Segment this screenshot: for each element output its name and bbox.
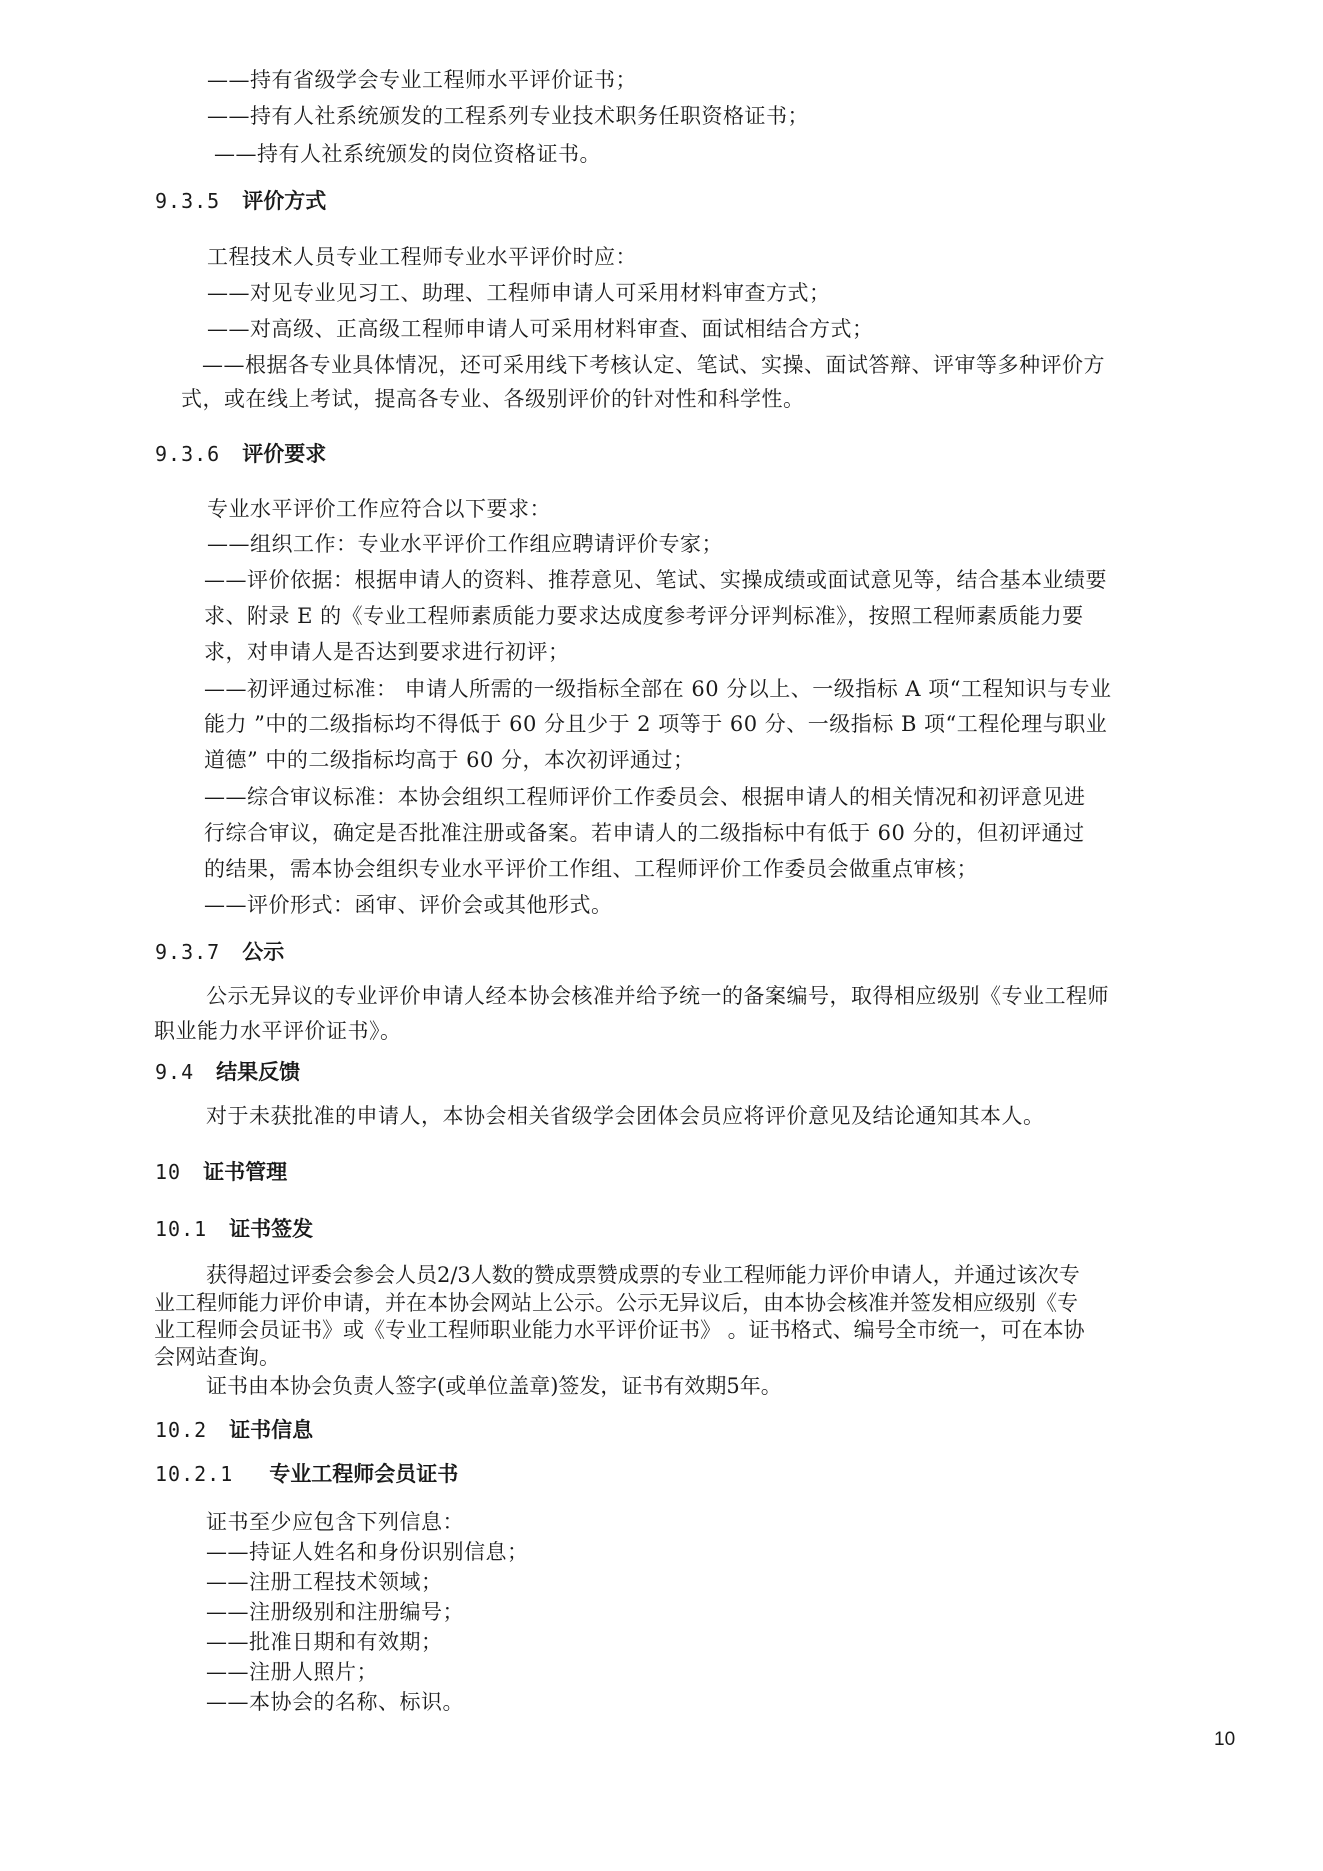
list-item-continued: 式，或在线上考试，提高各专业、各级别评价的针对性和科学性。 <box>181 387 805 411</box>
list-item: ——综合审议标准：本协会组织工程师评价工作委员会、根据申请人的相关情况和初评意见… <box>204 785 1086 809</box>
section-heading-10: 10证书管理 <box>155 1160 287 1184</box>
section-heading-9-4: 9.4结果反馈 <box>155 1060 300 1084</box>
list-item-continued: 道德” 中的二级指标均高于 60 分，本次初评通过； <box>204 748 694 772</box>
paragraph: 专业水平评价工作应符合以下要求： <box>207 497 551 521</box>
paragraph-continued: 业工程师能力评价申请，并在本协会网站上公示。公示无异议后，由本协会核准并签发相应… <box>154 1291 1078 1315</box>
list-item: ——持有省级学会专业工程师水平评价证书； <box>207 68 637 92</box>
list-item: ——对见专业见习工、助理、工程师申请人可采用材料审查方式； <box>207 281 831 305</box>
section-heading-10-1: 10.1证书签发 <box>155 1217 313 1241</box>
list-item: ——持有人社系统颁发的工程系列专业技术职务任职资格证书； <box>207 104 809 128</box>
paragraph: 证书至少应包含下列信息： <box>206 1510 464 1534</box>
list-item: ——评价形式：函审、评价会或其他形式。 <box>204 893 613 917</box>
list-item: ——批准日期和有效期； <box>206 1630 443 1654</box>
list-item: ——持证人姓名和身份识别信息； <box>206 1540 529 1564</box>
list-item: ——评价依据：根据申请人的资料、推荐意见、笔试、实操成绩或面试意见等，结合基本业… <box>204 568 1107 592</box>
paragraph: 对于未获批准的申请人，本协会相关省级学会团体会员应将评价意见及结论通知其本人。 <box>206 1104 1045 1128</box>
paragraph-continued: 业工程师会员证书》或《专业工程师职业能力水平评价证书》 。证书格式、编号全市统一… <box>154 1318 1085 1342</box>
list-item: ——对高级、正高级工程师申请人可采用材料审查、面试相结合方式； <box>207 317 874 341</box>
list-item: ——组织工作：专业水平评价工作组应聘请评价专家； <box>207 532 723 556</box>
list-item: ——持有人社系统颁发的岗位资格证书。 <box>214 142 601 166</box>
list-item-continued: 能力 ”中的二级指标均不得低于 60 分且少于 2 项等于 60 分、一级指标 … <box>204 712 1107 736</box>
section-heading-10-2: 10.2证书信息 <box>155 1418 313 1442</box>
list-item: ——注册工程技术领域； <box>206 1570 443 1594</box>
paragraph: 证书由本协会负责人签字(或单位盖章)签发，证书有效期5年。 <box>206 1374 782 1398</box>
paragraph: 获得超过评委会参会人员2/3人数的赞成票赞成票的专业工程师能力评价申请人，并通过… <box>206 1263 1080 1287</box>
list-item-continued: 的结果，需本协会组织专业水平评价工作组、工程师评价工作委员会做重点审核； <box>204 857 978 881</box>
list-item-continued: 求，对申请人是否达到要求进行初评； <box>204 640 570 664</box>
list-item: ——根据各专业具体情况，还可采用线下考核认定、笔试、实操、面试答辩、评审等多种评… <box>202 353 1105 377</box>
section-heading-9-3-7: 9.3.7公示 <box>155 940 284 964</box>
paragraph-continued: 职业能力水平评价证书》。 <box>154 1019 402 1043</box>
paragraph-continued: 会网站查询。 <box>154 1345 280 1369</box>
list-item: ——注册人照片； <box>206 1660 378 1684</box>
list-item-continued: 求、附录 E 的《专业工程师素质能力要求达成度参考评分评判标准》，按照工程师素质… <box>204 604 1084 628</box>
section-heading-9-3-6: 9.3.6评价要求 <box>155 442 326 466</box>
section-heading-9-3-5: 9.3.5评价方式 <box>155 189 326 213</box>
paragraph: 公示无异议的专业评价申请人经本协会核准并给予统一的备案编号，取得相应级别《专业工… <box>206 984 1109 1008</box>
list-item: ——初评通过标准： 申请人所需的一级指标全部在 60 分以上、一级指标 A 项“… <box>204 677 1112 701</box>
section-heading-10-2-1: 10.2.1专业工程师会员证书 <box>155 1462 458 1486</box>
list-item: ——注册级别和注册编号； <box>206 1600 464 1624</box>
paragraph: 工程技术人员专业工程师专业水平评价时应： <box>207 245 637 269</box>
list-item-continued: 行综合审议，确定是否批准注册或备案。若申请人的二级指标中有低于 60 分的，但初… <box>204 821 1085 845</box>
page-number: 10 <box>1214 1729 1235 1751</box>
list-item: ——本协会的名称、标识。 <box>206 1690 464 1714</box>
